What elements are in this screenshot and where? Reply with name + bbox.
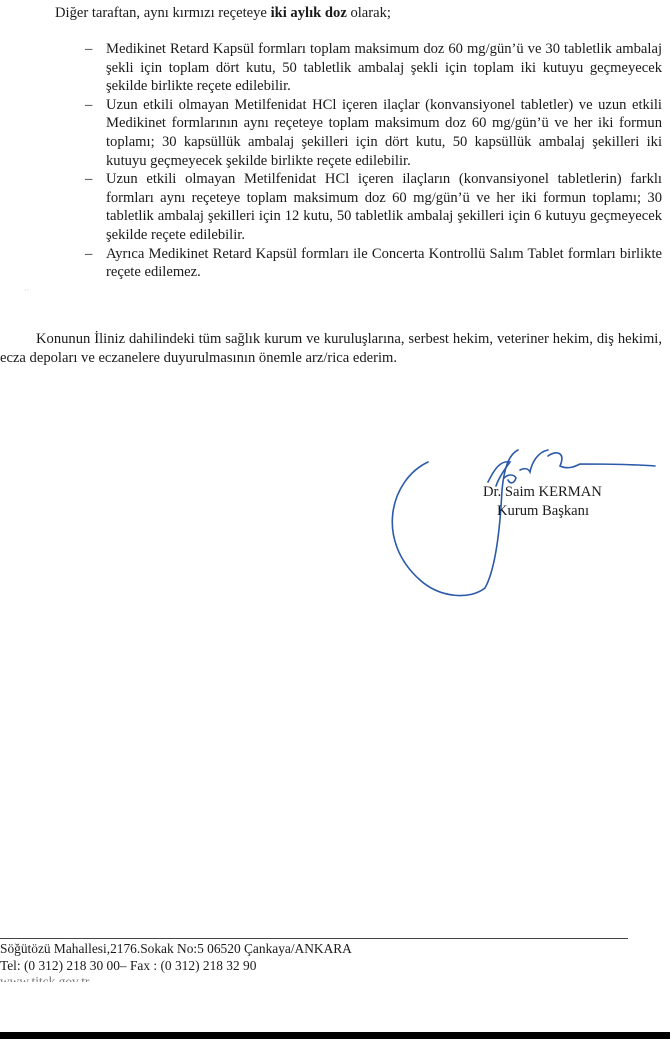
intro-text-bold: iki aylık doz <box>271 5 347 21</box>
dash-bullet-icon: – <box>85 40 92 59</box>
list-item-text: Medikinet Retard Kapsül formları toplam … <box>106 41 662 94</box>
signatory-title: Kurum Başkanı <box>497 502 589 521</box>
footer: Söğütözü Mahallesi,2176.Sokak No:5 06520… <box>0 941 352 982</box>
scan-bottom-edge <box>0 1032 670 1039</box>
list-item: –Uzun etkili olmayan Metilfenidat HCl iç… <box>0 170 662 244</box>
footer-divider <box>0 938 628 939</box>
list-item-text: Ayrıca Medikinet Retard Kapsül formları … <box>106 246 662 281</box>
intro-text-before: Diğer taraftan, aynı kırmızı reçeteye <box>55 5 271 21</box>
dash-bullet-icon: – <box>85 245 92 264</box>
dosage-rules-list: –Medikinet Retard Kapsül formları toplam… <box>0 40 662 282</box>
list-item-text: Uzun etkili olmayan Metilfenidat HCl içe… <box>106 171 662 243</box>
dash-bullet-icon: – <box>85 170 92 189</box>
intro-text-after: olarak; <box>347 5 391 21</box>
list-item: –Uzun etkili olmayan Metilfenidat HCl iç… <box>0 96 662 170</box>
scan-artifact: ·· <box>24 282 29 301</box>
footer-address: Söğütözü Mahallesi,2176.Sokak No:5 06520… <box>0 941 352 958</box>
handwritten-signature-icon <box>380 440 670 610</box>
footer-website: www.titck.gov.tr <box>0 974 352 982</box>
closing-paragraph: Konunun İliniz dahilindeki tüm sağlık ku… <box>0 330 662 367</box>
dash-bullet-icon: – <box>85 96 92 115</box>
footer-phone-fax: Tel: (0 312) 218 30 00– Fax : (0 312) 21… <box>0 958 352 975</box>
signatory-name: Dr. Saim KERMAN <box>483 483 602 502</box>
list-item: –Medikinet Retard Kapsül formları toplam… <box>0 40 662 96</box>
list-item: –Ayrıca Medikinet Retard Kapsül formları… <box>0 245 662 282</box>
list-item-text: Uzun etkili olmayan Metilfenidat HCl içe… <box>106 97 662 169</box>
signature-block: Dr. Saim KERMAN Kurum Başkanı <box>380 440 670 610</box>
intro-paragraph: Diğer taraftan, aynı kırmızı reçeteye ik… <box>55 4 665 23</box>
